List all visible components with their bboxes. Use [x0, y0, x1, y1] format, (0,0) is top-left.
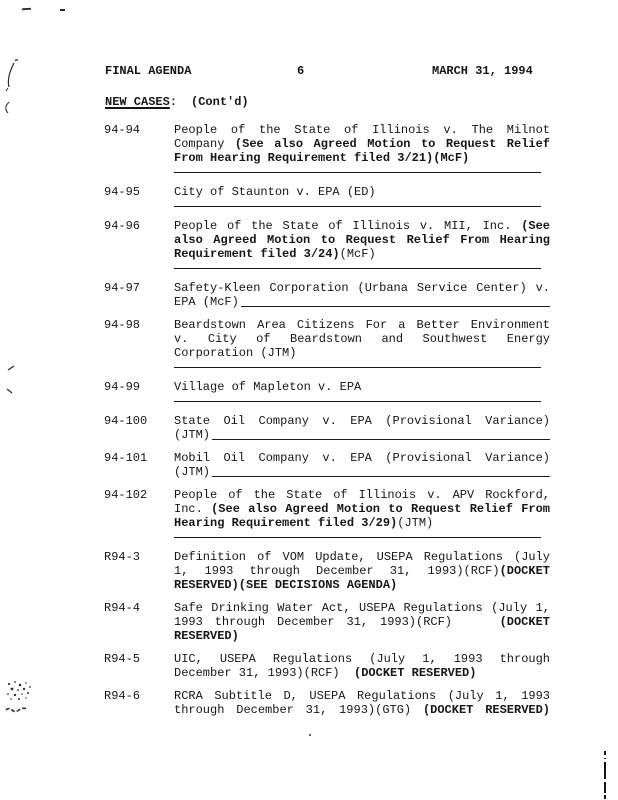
case-line: RESERVED)(SEE DECISIONS AGENDA)	[174, 578, 550, 592]
case-row: 94-97Safety-Kleen Corporation (Urbana Se…	[104, 281, 554, 309]
case-line-text: 1993 through December 31, 1993)(RCF) (DO…	[174, 615, 550, 629]
text-segment: Corporation (JTM)	[174, 346, 296, 360]
text-segment: (JTM)	[397, 516, 433, 530]
case-number: 94-98	[104, 318, 174, 371]
case-line-text: RESERVED)(SEE DECISIONS AGENDA)	[174, 578, 397, 592]
cases-list: 94-94People of the State of Illinois v. …	[104, 123, 554, 726]
case-line-text: UIC, USEPA Regulations (July 1, 1993 thr…	[174, 652, 550, 666]
check-marks	[5, 362, 19, 396]
case-text: Village of Mapleton v. EPA	[174, 380, 550, 405]
case-number: 94-100	[104, 414, 174, 442]
case-line: Mobil Oil Company v. EPA (Provisional Va…	[174, 451, 550, 465]
scan-mark-top-left-1	[22, 8, 31, 11]
text-segment: UIC, USEPA Regulations (July 1, 1993 thr…	[174, 652, 550, 666]
case-line-text: Definition of VOM Update, USEPA Regulati…	[174, 550, 550, 564]
text-segment: (JTM)	[174, 428, 210, 442]
case-number: R94-5	[104, 652, 174, 680]
text-segment: Safety-Kleen Corporation (Urbana Service…	[174, 281, 550, 295]
case-line: City of Staunton v. EPA (ED)	[174, 185, 550, 199]
case-number: 94-97	[104, 281, 174, 309]
case-line-text: Safety-Kleen Corporation (Urbana Service…	[174, 281, 550, 295]
case-line: 1, 1993 through December 31, 1993)(RCF)(…	[174, 564, 550, 578]
pen-stroke-mark	[2, 58, 22, 114]
text-segment: City of Staunton v. EPA (ED)	[174, 185, 376, 199]
case-number: 94-102	[104, 488, 174, 541]
case-number: 94-99	[104, 380, 174, 405]
section-colon: :	[170, 95, 177, 109]
case-line: RESERVED)	[174, 629, 550, 643]
case-line-text: Inc. (See also Agreed Motion to Request …	[174, 502, 550, 516]
case-number: R94-3	[104, 550, 174, 592]
case-line-text: RESERVED)	[174, 629, 239, 643]
case-number: 94-94	[104, 123, 174, 176]
case-line-text: State Oil Company v. EPA (Provisional Va…	[174, 414, 550, 428]
text-segment: Beardstown Area Citizens For a Better En…	[174, 318, 550, 332]
case-text: Safety-Kleen Corporation (Urbana Service…	[174, 281, 550, 309]
case-line: December 31, 1993)(RCF) (DOCKET RESERVED…	[174, 666, 550, 680]
section-heading: NEW CASES:(Cont'd)	[105, 95, 249, 109]
case-line-text: Mobil Oil Company v. EPA (Provisional Va…	[174, 451, 550, 465]
bold-segment: Hearing Requirement filed 3/29)	[174, 516, 397, 530]
bold-segment: (DOCKET	[500, 615, 550, 629]
case-line-text: Safe Drinking Water Act, USEPA Regulatio…	[174, 601, 550, 615]
case-line: Safety-Kleen Corporation (Urbana Service…	[174, 281, 550, 295]
case-line: From Hearing Requirement filed 3/21)(McF…	[174, 151, 550, 165]
case-row: 94-98Beardstown Area Citizens For a Bett…	[104, 318, 554, 371]
case-line: v. City of Beardstown and Southwest Ener…	[174, 332, 550, 346]
case-text: Beardstown Area Citizens For a Better En…	[174, 318, 550, 371]
separator-line	[174, 206, 541, 207]
case-row: 94-100State Oil Company v. EPA (Provisio…	[104, 414, 554, 442]
perforation-line	[602, 751, 608, 800]
text-segment: Definition of VOM Update, USEPA Regulati…	[174, 550, 550, 564]
text-segment: State Oil Company v. EPA (Provisional Va…	[174, 414, 550, 428]
case-line: 1993 through December 31, 1993)(RCF) (DO…	[174, 615, 550, 629]
blank-underline	[241, 295, 550, 307]
text-segment: People of the State of Illinois v. The M…	[174, 123, 550, 137]
case-number: 94-95	[104, 185, 174, 210]
bold-segment: (DOCKET	[500, 564, 550, 578]
text-segment: (JTM)	[174, 465, 210, 479]
text-segment: (McF)	[340, 247, 376, 261]
case-line-text: Corporation (JTM)	[174, 346, 296, 360]
separator-line	[174, 401, 541, 402]
case-text: RCRA Subtitle D, USEPA Regulations (July…	[174, 689, 550, 717]
separator-line	[174, 268, 541, 269]
case-line: (JTM)	[174, 428, 550, 442]
text-segment: EPA (McF)	[174, 295, 239, 309]
text-segment: 1, 1993 through December 31, 1993)(RCF)	[174, 564, 500, 578]
text-segment: v. City of Beardstown and Southwest Ener…	[174, 332, 550, 346]
case-text: People of the State of Illinois v. The M…	[174, 123, 550, 176]
bold-segment: From Hearing Requirement filed 3/21)(McF…	[174, 151, 469, 165]
case-text: People of the State of Illinois v. APV R…	[174, 488, 550, 541]
case-row: R94-5UIC, USEPA Regulations (July 1, 199…	[104, 652, 554, 680]
case-line-text: RCRA Subtitle D, USEPA Regulations (July…	[174, 689, 550, 703]
separator-line	[174, 537, 541, 538]
case-line: Safe Drinking Water Act, USEPA Regulatio…	[174, 601, 550, 615]
case-line-text: Village of Mapleton v. EPA	[174, 380, 361, 394]
case-line: State Oil Company v. EPA (Provisional Va…	[174, 414, 550, 428]
case-row: 94-102People of the State of Illinois v.…	[104, 488, 554, 541]
case-line: Inc. (See also Agreed Motion to Request …	[174, 502, 550, 516]
section-continued-label: (Cont'd)	[191, 95, 249, 109]
case-line-text: EPA (McF)	[174, 295, 239, 309]
case-line: through December 31, 1993)(GTG) (DOCKET …	[174, 703, 550, 717]
text-segment: through December 31, 1993)(GTG)	[174, 703, 423, 717]
section-title: NEW CASES	[105, 95, 170, 109]
bold-segment: RESERVED)(SEE DECISIONS AGENDA)	[174, 578, 397, 592]
bold-segment: (See also Agreed Motion to Request Relie…	[235, 137, 550, 151]
bold-segment: Requirement filed 3/24)	[174, 247, 340, 261]
case-line-text: People of the State of Illinois v. MII, …	[174, 219, 550, 233]
stamp-smudge	[3, 678, 37, 718]
bold-segment: RESERVED)	[174, 629, 239, 643]
document-date: MARCH 31, 1994	[432, 64, 533, 78]
separator-line	[174, 367, 541, 368]
blank-underline	[212, 465, 550, 477]
case-line-text: December 31, 1993)(RCF) (DOCKET RESERVED…	[174, 666, 476, 680]
case-line-text: through December 31, 1993)(GTG) (DOCKET …	[174, 703, 550, 717]
case-row: 94-94People of the State of Illinois v. …	[104, 123, 554, 176]
case-line: (JTM)	[174, 465, 550, 479]
case-text: State Oil Company v. EPA (Provisional Va…	[174, 414, 550, 442]
text-segment: Inc.	[174, 502, 211, 516]
case-row: 94-96People of the State of Illinois v. …	[104, 219, 554, 272]
bold-segment: (See also Agreed Motion to Request Relie…	[211, 502, 550, 516]
case-line: People of the State of Illinois v. MII, …	[174, 219, 550, 233]
separator-line	[174, 172, 541, 173]
case-line: RCRA Subtitle D, USEPA Regulations (July…	[174, 689, 550, 703]
page-number: 6	[297, 64, 304, 78]
case-line: Definition of VOM Update, USEPA Regulati…	[174, 550, 550, 564]
page-dot	[309, 734, 311, 736]
case-number: 94-101	[104, 451, 174, 479]
case-text: Definition of VOM Update, USEPA Regulati…	[174, 550, 550, 592]
case-line-text: City of Staunton v. EPA (ED)	[174, 185, 376, 199]
case-line-text: Requirement filed 3/24)(McF)	[174, 247, 376, 261]
case-line-text: Hearing Requirement filed 3/29)(JTM)	[174, 516, 433, 530]
case-line: Requirement filed 3/24)(McF)	[174, 247, 550, 261]
bold-segment: (DOCKET RESERVED)	[354, 666, 476, 680]
blank-underline	[212, 428, 550, 440]
case-line-text: 1, 1993 through December 31, 1993)(RCF)(…	[174, 564, 550, 578]
case-line-text: From Hearing Requirement filed 3/21)(McF…	[174, 151, 469, 165]
case-line-text: (JTM)	[174, 465, 210, 479]
case-line: Corporation (JTM)	[174, 346, 550, 360]
bold-segment: (DOCKET RESERVED)	[423, 703, 550, 717]
bold-segment: also Agreed Motion to Request Relief Fro…	[174, 233, 550, 247]
case-row: 94-99Village of Mapleton v. EPA	[104, 380, 554, 405]
case-line-text: also Agreed Motion to Request Relief Fro…	[174, 233, 550, 247]
case-line: Beardstown Area Citizens For a Better En…	[174, 318, 550, 332]
case-text: City of Staunton v. EPA (ED)	[174, 185, 550, 210]
text-segment: People of the State of Illinois v. APV R…	[174, 488, 550, 502]
case-text: People of the State of Illinois v. MII, …	[174, 219, 550, 272]
case-line-text: v. City of Beardstown and Southwest Ener…	[174, 332, 550, 346]
case-line-text: Beardstown Area Citizens For a Better En…	[174, 318, 550, 332]
case-text: UIC, USEPA Regulations (July 1, 1993 thr…	[174, 652, 550, 680]
text-segment: Mobil Oil Company v. EPA (Provisional Va…	[174, 451, 550, 465]
case-line: also Agreed Motion to Request Relief Fro…	[174, 233, 550, 247]
text-segment: Company	[174, 137, 235, 151]
case-line-text: People of the State of Illinois v. APV R…	[174, 488, 550, 502]
text-segment: RCRA Subtitle D, USEPA Regulations (July…	[174, 689, 550, 703]
case-line: Village of Mapleton v. EPA	[174, 380, 550, 394]
case-row: 94-101Mobil Oil Company v. EPA (Provisio…	[104, 451, 554, 479]
case-row: R94-3Definition of VOM Update, USEPA Reg…	[104, 550, 554, 592]
case-row: 94-95City of Staunton v. EPA (ED)	[104, 185, 554, 210]
case-line-text: Company (See also Agreed Motion to Reque…	[174, 137, 550, 151]
case-line-text: (JTM)	[174, 428, 210, 442]
scan-mark-top-left-2	[60, 9, 65, 11]
case-number: R94-6	[104, 689, 174, 717]
case-line: UIC, USEPA Regulations (July 1, 1993 thr…	[174, 652, 550, 666]
case-line: Hearing Requirement filed 3/29)(JTM)	[174, 516, 550, 530]
text-segment: Safe Drinking Water Act, USEPA Regulatio…	[174, 601, 550, 615]
case-line-text: People of the State of Illinois v. The M…	[174, 123, 550, 137]
text-segment: Village of Mapleton v. EPA	[174, 380, 361, 394]
case-row: R94-6RCRA Subtitle D, USEPA Regulations …	[104, 689, 554, 717]
case-line: People of the State of Illinois v. The M…	[174, 123, 550, 137]
text-segment: December 31, 1993)(RCF)	[174, 666, 354, 680]
case-text: Mobil Oil Company v. EPA (Provisional Va…	[174, 451, 550, 479]
scanned-agenda-page: FINAL AGENDA 6 MARCH 31, 1994 NEW CASES:…	[0, 0, 618, 800]
text-segment: People of the State of Illinois v. MII, …	[174, 219, 521, 233]
text-segment: 1993 through December 31, 1993)(RCF)	[174, 615, 500, 629]
case-number: 94-96	[104, 219, 174, 272]
case-line: Company (See also Agreed Motion to Reque…	[174, 137, 550, 151]
document-title: FINAL AGENDA	[105, 64, 191, 78]
case-number: R94-4	[104, 601, 174, 643]
case-line: People of the State of Illinois v. APV R…	[174, 488, 550, 502]
case-row: R94-4Safe Drinking Water Act, USEPA Regu…	[104, 601, 554, 643]
case-text: Safe Drinking Water Act, USEPA Regulatio…	[174, 601, 550, 643]
bold-segment: (See	[521, 219, 550, 233]
case-line: EPA (McF)	[174, 295, 550, 309]
